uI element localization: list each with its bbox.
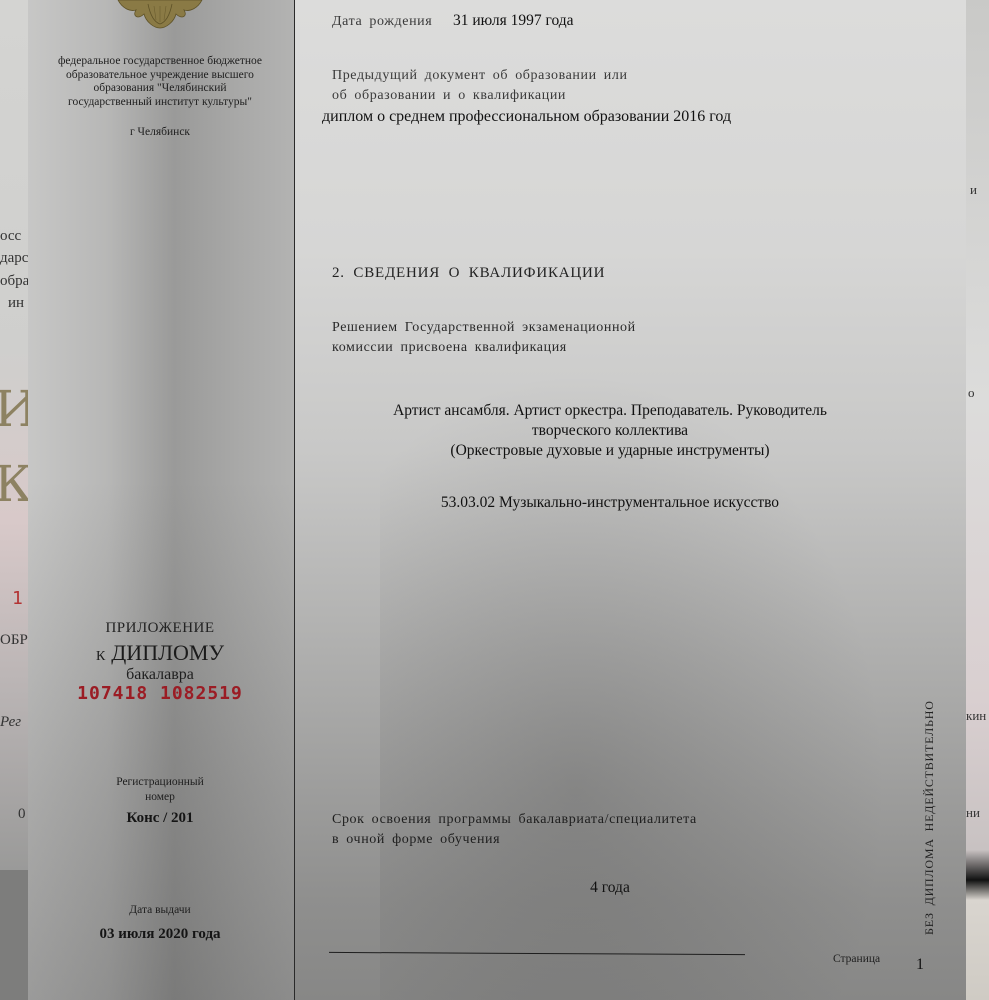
- annex-diploma-heading: КДИПЛОМУ: [40, 640, 280, 666]
- registration-label-line: Регистрационный: [40, 775, 280, 790]
- annex-diploma-word: ДИПЛОМУ: [111, 640, 224, 665]
- background-red-number: 1: [12, 588, 23, 609]
- institution-name: федеральное государственное бюджетное об…: [40, 55, 280, 109]
- duration-label-line: в очной форме обучения: [332, 830, 697, 850]
- background-text-fragment: ин: [8, 295, 24, 312]
- commission-label-line: комиссии присвоена квалификация: [332, 338, 636, 358]
- program-duration: 4 года: [340, 879, 880, 897]
- birth-date: 31 июля 1997 года: [453, 12, 574, 30]
- program-duration-label: Срок освоения программы бакалавриата/спе…: [332, 810, 697, 850]
- eagle-emblem-icon: [110, 0, 210, 30]
- previous-document: диплом о среднем профессиональном образо…: [322, 108, 731, 126]
- validity-notice: БЕЗ ДИПЛОМА НЕДЕЙСТВИТЕЛЬНО: [922, 700, 937, 935]
- commission-label-line: Решением Государственной экзаменационной: [332, 318, 636, 338]
- registration-number: Конс / 201: [40, 810, 280, 827]
- annex-title: ПРИЛОЖЕНИЕ: [40, 620, 280, 637]
- commission-decision-label: Решением Государственной экзаменационной…: [332, 318, 636, 358]
- background-text-fragment: кин: [966, 708, 986, 724]
- qualification-line: (Оркестровые духовые и ударные инструмен…: [340, 441, 880, 461]
- page-number: 1: [916, 956, 924, 974]
- page-label: Страница: [833, 953, 880, 965]
- issue-date-label: Дата выдачи: [40, 904, 280, 916]
- institution-line: образования "Челябинский: [40, 82, 280, 96]
- background-text-fragment: осс: [0, 228, 21, 245]
- previous-document-label: Предыдущий документ об образовании или о…: [332, 66, 628, 106]
- section-qualification-title: 2. СВЕДЕНИЯ О КВАЛИФИКАЦИИ: [332, 265, 605, 282]
- issue-date: 03 июля 2020 года: [40, 926, 280, 943]
- background-document-right: и о кин ни: [966, 0, 989, 1000]
- background-text-fragment: 0: [18, 806, 26, 823]
- birth-date-label: Дата рождения: [332, 14, 432, 30]
- previous-document-label-line: Предыдущий документ об образовании или: [332, 66, 628, 86]
- background-text-fragment: Рег: [0, 714, 21, 731]
- institution-line: федеральное государственное бюджетное: [40, 55, 280, 69]
- specialty: 53.03.02 Музыкально-инструментальное иск…: [340, 494, 880, 512]
- background-text-fragment: ОБР: [0, 632, 28, 649]
- annex-k: К: [96, 649, 105, 664]
- qualification-line: Артист ансамбля. Артист оркестра. Препод…: [340, 401, 880, 421]
- qualification-line: творческого коллектива: [340, 421, 880, 441]
- background-text-fragment: и: [970, 182, 977, 198]
- background-text-fragment: дарс: [0, 250, 28, 267]
- degree-level: бакалавра: [40, 666, 280, 684]
- institution-line: государственный институт культуры": [40, 96, 280, 110]
- page-shadow: [28, 480, 294, 1000]
- institution-line: образовательное учреждение высшего: [40, 69, 280, 83]
- duration-label-line: Срок освоения программы бакалавриата/спе…: [332, 810, 697, 830]
- annex-serial-number: 107418 1082519: [40, 683, 280, 704]
- city: г Челябинск: [40, 126, 280, 138]
- background-text-fragment: обра: [0, 273, 29, 290]
- registration-label: Регистрационный номер: [40, 775, 280, 805]
- background-text-fragment: ни: [966, 805, 980, 821]
- registration-label-line: номер: [40, 790, 280, 805]
- qualification: Артист ансамбля. Артист оркестра. Препод…: [340, 401, 880, 461]
- background-text-fragment: о: [968, 385, 975, 401]
- previous-document-label-line: об образовании и о квалификации: [332, 86, 628, 106]
